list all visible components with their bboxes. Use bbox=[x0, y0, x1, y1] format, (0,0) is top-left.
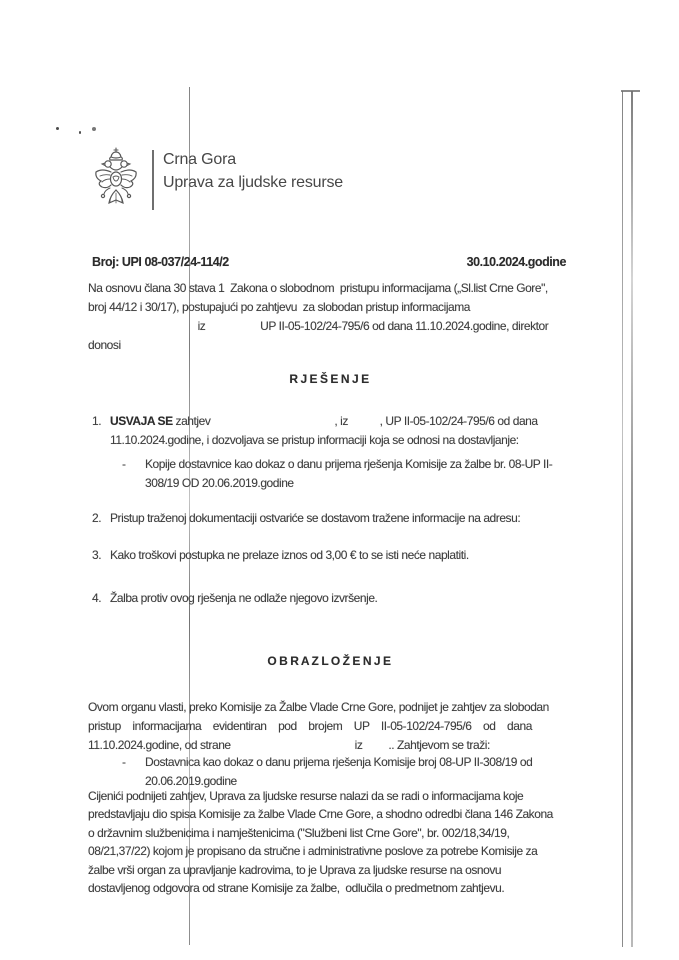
scan-edge-line bbox=[622, 91, 623, 947]
item-number: 1. bbox=[92, 412, 110, 450]
item-number: 4. bbox=[92, 589, 110, 608]
decision-item-4: 4. Žalba protiv ovog rješenja ne odlaže … bbox=[92, 589, 572, 608]
rationale-title: O B R A Z L O Ž E N J E bbox=[88, 652, 570, 671]
scan-speck bbox=[56, 127, 59, 130]
text-line: donosi bbox=[88, 336, 573, 355]
text-line: 08/21,37/22) kojom je propisano da struč… bbox=[88, 842, 576, 860]
document-number: Broj: UPI 08-037/24-114/2 bbox=[92, 253, 229, 272]
text-line: Ovom organu vlasti, preko Komisije za Ža… bbox=[88, 698, 573, 717]
text-line: Na osnovu člana 30 stava 1 Zakona o slob… bbox=[88, 279, 573, 298]
scanned-document-page: Crna Gora Uprava za ljudske resurse Broj… bbox=[0, 0, 679, 960]
scan-edge-line bbox=[631, 91, 633, 947]
text-line: o državnim službenicima i namještenicima… bbox=[88, 824, 576, 842]
bullet-dash: - bbox=[122, 753, 145, 791]
text-line: dostavljenog odgovora od strane Komisije… bbox=[88, 879, 576, 897]
text-line: pristup informacijama evidentiran pod br… bbox=[88, 717, 573, 736]
text-line: 308/19 OD 20.06.2019.godine bbox=[145, 474, 552, 493]
text-line: Dostavnica kao dokaz o danu prijema rješ… bbox=[145, 753, 532, 772]
decision-item-2: 2. Pristup traženoj dokumentaciji ostvar… bbox=[92, 509, 572, 528]
item-text: USVAJA SE zahtjev , iz , UP II-05-102/24… bbox=[110, 412, 538, 450]
text-line: predstavljaju dio spisa Komisije za žalb… bbox=[88, 805, 576, 823]
subitem-text: Kopije dostavnice kao dokaz o danu prije… bbox=[145, 455, 552, 493]
scan-speck bbox=[92, 127, 96, 131]
text-line: iz UP II-05-102/24-795/6 od dana 11.10.2… bbox=[88, 317, 573, 336]
bullet-text: Dostavnica kao dokaz o danu prijema rješ… bbox=[145, 753, 532, 791]
montenegro-coat-of-arms-icon bbox=[91, 146, 141, 213]
item-bold-label: USVAJA SE bbox=[110, 414, 173, 428]
document-date: 30.10.2024.godine bbox=[400, 253, 566, 272]
header-divider bbox=[152, 150, 154, 210]
scan-edge-cap bbox=[621, 90, 640, 92]
item-line-rest: zahtjev , iz , UP II-05-102/24-795/6 od … bbox=[173, 414, 538, 428]
text-line: Kopije dostavnice kao dokaz o danu prije… bbox=[145, 455, 552, 474]
item-text: Žalba protiv ovog rješenja ne odlaže nje… bbox=[110, 589, 377, 608]
item-text: Kako troškovi postupka ne prelaze iznos … bbox=[110, 546, 469, 565]
text-line: Cijenići podnijeti zahtjev, Uprava za lj… bbox=[88, 787, 576, 805]
intro-paragraph: Na osnovu člana 30 stava 1 Zakona o slob… bbox=[88, 279, 573, 355]
item-number: 2. bbox=[92, 509, 110, 528]
scan-fold-line bbox=[189, 87, 190, 945]
decision-item-1: 1. USVAJA SE zahtjev , iz , UP II-05-102… bbox=[92, 412, 572, 450]
rationale-paragraph-2: Cijenići podnijeti zahtjev, Uprava za lj… bbox=[88, 787, 576, 897]
item-number: 3. bbox=[92, 546, 110, 565]
item-text: Pristup traženoj dokumentaciji ostvariće… bbox=[110, 509, 520, 528]
scan-speck bbox=[79, 131, 81, 134]
text-line: žalbe vrši organ za upravljanje kadrovim… bbox=[88, 861, 576, 879]
item-line: USVAJA SE zahtjev , iz , UP II-05-102/24… bbox=[110, 412, 538, 431]
item-line: 11.10.2024.godine, i dozvoljava se prist… bbox=[110, 431, 538, 450]
rationale-paragraph-1: Ovom organu vlasti, preko Komisije za Ža… bbox=[88, 698, 573, 755]
text-line: broj 44/12 i 30/17), postupajući po zaht… bbox=[88, 298, 573, 317]
bullet-dash: - bbox=[122, 455, 145, 493]
decision-item-3: 3. Kako troškovi postupka ne prelaze izn… bbox=[92, 546, 572, 565]
decision-title: R J E Š E N J E bbox=[88, 370, 570, 389]
